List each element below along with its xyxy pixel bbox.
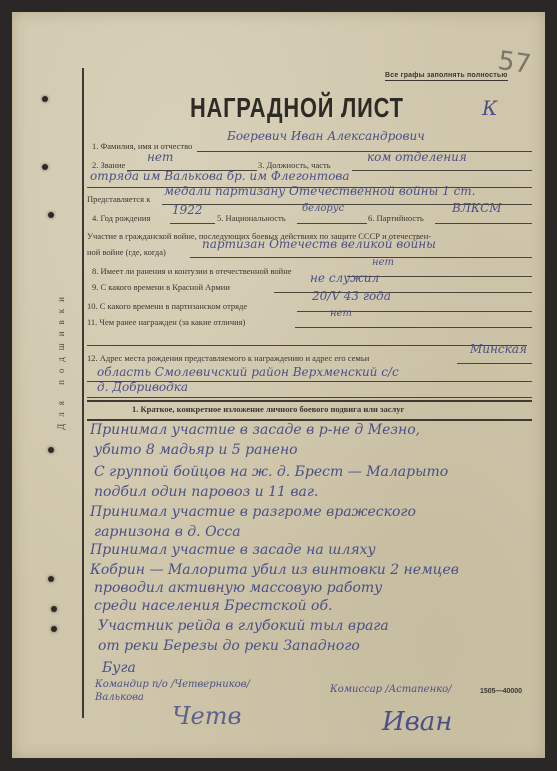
field-5-line xyxy=(297,223,367,224)
narrative-line: убито 8 мадьяр и 5 ранено xyxy=(94,442,298,458)
field-7-value: партизан Отечеств великой войны xyxy=(202,237,436,251)
narrative-line: Участник рейда в глубокий тыл врага xyxy=(98,618,389,634)
section-heading: 1. Краткое, конкретное изложение личного… xyxy=(132,404,404,414)
award-sheet-page: Для подшивки Все графы заполнять полност… xyxy=(12,12,545,758)
field-12-value-line-3: д. Добриводка xyxy=(97,380,188,394)
field-8-value: нет xyxy=(372,257,394,268)
field-1-value: Боеревич Иван Александрович xyxy=(227,129,425,143)
commander-unit: Валькова xyxy=(95,692,144,703)
field-11-line xyxy=(295,327,532,328)
field-4-value: 1922 xyxy=(172,203,203,217)
narrative-line: Принимал участие в засаде в р-не д Мезно… xyxy=(90,422,420,438)
commander-title: Командир п/о /Четверников/ xyxy=(95,679,250,690)
field-5-label: 5. Национальность xyxy=(217,213,286,223)
field-4-line xyxy=(170,223,215,224)
commissar-signature: Иван xyxy=(382,707,452,737)
field-12-line-3 xyxy=(87,397,532,398)
field-10-label: 10. С какого времени в партизанском отря… xyxy=(87,301,247,311)
narrative-line: подбил один паровоз и 11 ваг. xyxy=(94,484,318,500)
field-1-label: 1. Фамилия, имя и отчество xyxy=(92,141,192,151)
print-run-code: 1505—40000 xyxy=(480,688,522,695)
field-6-label: 6. Партийность xyxy=(368,213,424,223)
nominated-for-value: медали партизану Отечественной войны 1 с… xyxy=(164,184,475,198)
section-bottom-rule xyxy=(87,419,532,421)
punch-hole xyxy=(48,576,54,582)
nominated-for-label: Представляется к xyxy=(87,194,150,204)
field-9-value: не служил xyxy=(310,271,379,285)
field-6-line xyxy=(435,223,532,224)
narrative-line: Принимал участие в засаде на шляху xyxy=(90,542,376,558)
field-12-value-line-2: область Смолевичский район Верхменский с… xyxy=(97,365,399,379)
field-1-line xyxy=(197,151,532,152)
narrative-line: от реки Березы до реки Западного xyxy=(98,638,360,654)
field-7-label-line-2: ной войне (где, когда) xyxy=(87,247,166,257)
field-5-value: белорус xyxy=(302,203,344,214)
field-10-value: 20/V 43 года xyxy=(312,289,391,303)
punch-hole xyxy=(51,606,57,612)
narrative-line: гарнизона в д. Осса xyxy=(94,524,241,540)
narrative-line: Буга xyxy=(102,660,136,676)
field-9-label: 9. С какого времени в Красной Армии xyxy=(92,282,230,292)
page-title: НАГРАДНОЙ ЛИСТ xyxy=(190,92,404,124)
field-6-value: ВЛКСМ xyxy=(452,201,502,215)
narrative-line: Кобрин — Малорита убил из винтовки 2 нем… xyxy=(90,562,459,578)
binding-margin-line xyxy=(82,68,84,718)
narrative-line: Принимал участие в разгроме вражеского xyxy=(90,504,416,520)
field-3-value: ком отделения xyxy=(367,150,467,164)
field-12-label: 12. Адрес места рождения представляемого… xyxy=(87,353,369,363)
pencil-page-number: 57 xyxy=(496,46,533,80)
field-3-line xyxy=(352,170,532,171)
field-4-label: 4. Год рождения xyxy=(92,213,150,223)
field-11-value: нет xyxy=(330,308,352,319)
field-3-value-continued: отряда им Валькова бр. им Флегонтова xyxy=(90,169,350,183)
field-11-line-2 xyxy=(87,345,527,346)
field-7-line xyxy=(190,257,532,258)
narrative-line: проводил активную массовую работу xyxy=(94,580,382,596)
punch-hole xyxy=(42,96,48,102)
narrative-line: С группой бойцов на ж. д. Брест — Малары… xyxy=(94,464,448,480)
field-12-line xyxy=(457,363,532,364)
section-top-rule xyxy=(87,400,532,402)
commissar-title: Комиссар /Астапенко/ xyxy=(330,684,452,695)
ink-letter-mark: К xyxy=(482,96,497,120)
commander-signature: Четв xyxy=(172,702,241,730)
punch-hole xyxy=(42,164,48,170)
fill-all-fields-notice: Все графы заполнять полностью xyxy=(385,72,508,81)
punch-hole xyxy=(48,212,54,218)
field-8-label: 8. Имеет ли ранения и контузии в отечест… xyxy=(92,266,292,276)
punch-hole xyxy=(48,447,54,453)
punch-hole xyxy=(51,626,57,632)
field-11-label: 11. Чем ранее награжден (за какие отличи… xyxy=(87,317,245,327)
field-12-value-line-1: Минская xyxy=(470,342,527,356)
field-2-value: нет xyxy=(147,150,173,164)
binding-margin-label: Для подшивки xyxy=(56,290,66,430)
narrative-line: среди населения Брестской об. xyxy=(94,598,332,614)
